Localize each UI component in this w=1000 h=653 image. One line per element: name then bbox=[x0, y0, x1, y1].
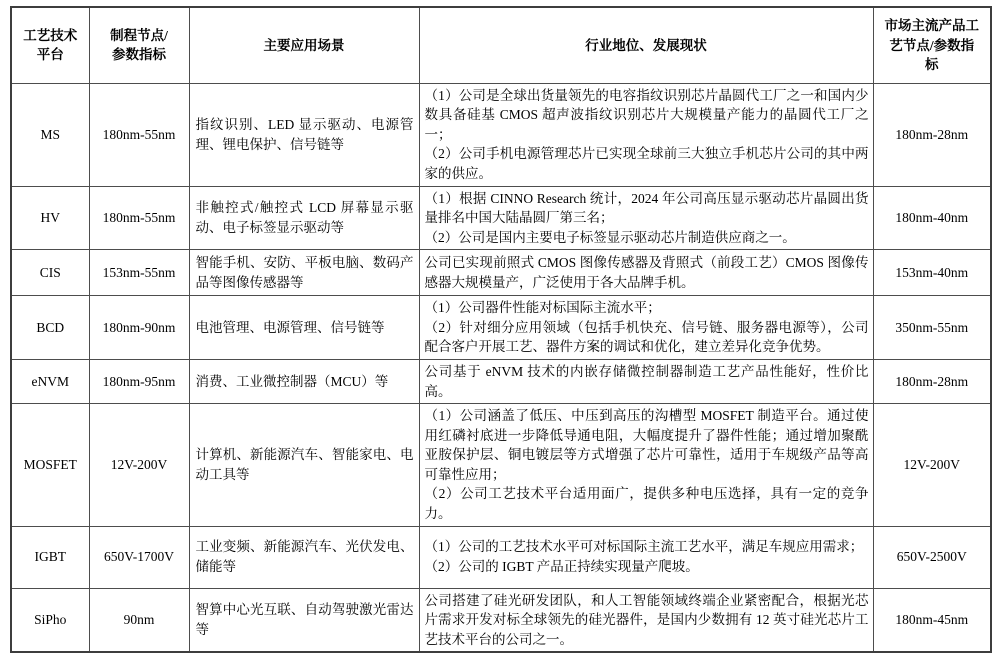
platform-cell: MOSFET bbox=[11, 404, 89, 526]
header-platform: 工艺技术 平台 bbox=[11, 7, 89, 83]
platform-cell: eNVM bbox=[11, 360, 89, 404]
platform-cell: BCD bbox=[11, 296, 89, 360]
node-cell: 12V-200V bbox=[89, 404, 189, 526]
market-node-cell: 180nm-28nm bbox=[873, 83, 991, 186]
header-node: 制程节点/ 参数指标 bbox=[89, 7, 189, 83]
header-applications: 主要应用场景 bbox=[189, 7, 419, 83]
market-node-cell: 180nm-45nm bbox=[873, 588, 991, 652]
applications-cell: 非触控式/触控式 LCD 屏幕显示驱动、电子标签显示驱动等 bbox=[189, 186, 419, 250]
platform-cell: MS bbox=[11, 83, 89, 186]
platform-cell: HV bbox=[11, 186, 89, 250]
market-node-cell: 350nm-55nm bbox=[873, 296, 991, 360]
header-market-node: 市场主流产品工 艺节点/参数指 标 bbox=[873, 7, 991, 83]
market-node-cell: 180nm-40nm bbox=[873, 186, 991, 250]
table-row: HV180nm-55nm非触控式/触控式 LCD 屏幕显示驱动、电子标签显示驱动… bbox=[11, 186, 991, 250]
applications-cell: 工业变频、新能源汽车、光伏发电、储能等 bbox=[189, 526, 419, 588]
status-cell: 公司基于 eNVM 技术的内嵌存储微控制器制造工艺产品性能好，性价比高。 bbox=[419, 360, 873, 404]
status-cell: （1）公司的工艺技术水平可对标国际主流工艺水平，满足车规应用需求； （2）公司的… bbox=[419, 526, 873, 588]
platform-cell: IGBT bbox=[11, 526, 89, 588]
header-row: 工艺技术 平台 制程节点/ 参数指标 主要应用场景 行业地位、发展现状 市场主流… bbox=[11, 7, 991, 83]
status-cell: （1）根据 CINNO Research 统计，2024 年公司高压显示驱动芯片… bbox=[419, 186, 873, 250]
applications-cell: 电池管理、电源管理、信号链等 bbox=[189, 296, 419, 360]
market-node-cell: 650V-2500V bbox=[873, 526, 991, 588]
table-row: SiPho90nm智算中心光互联、自动驾驶激光雷达等公司搭建了硅光研发团队，和人… bbox=[11, 588, 991, 652]
node-cell: 180nm-55nm bbox=[89, 186, 189, 250]
table-row: CIS153nm-55nm智能手机、安防、平板电脑、数码产品等图像传感器等公司已… bbox=[11, 250, 991, 296]
table-row: IGBT650V-1700V工业变频、新能源汽车、光伏发电、储能等（1）公司的工… bbox=[11, 526, 991, 588]
status-cell: （1）公司是全球出货量领先的电容指纹识别芯片晶圆代工厂之一和国内少数具备硅基 C… bbox=[419, 83, 873, 186]
applications-cell: 智能手机、安防、平板电脑、数码产品等图像传感器等 bbox=[189, 250, 419, 296]
applications-cell: 消费、工业微控制器（MCU）等 bbox=[189, 360, 419, 404]
table-body: MS180nm-55nm指纹识别、LED 显示驱动、电源管理、锂电保护、信号链等… bbox=[11, 83, 991, 652]
applications-cell: 指纹识别、LED 显示驱动、电源管理、锂电保护、信号链等 bbox=[189, 83, 419, 186]
status-cell: 公司已实现前照式 CMOS 图像传感器及背照式（前段工艺）CMOS 图像传感器大… bbox=[419, 250, 873, 296]
node-cell: 180nm-90nm bbox=[89, 296, 189, 360]
platform-cell: SiPho bbox=[11, 588, 89, 652]
table-header: 工艺技术 平台 制程节点/ 参数指标 主要应用场景 行业地位、发展现状 市场主流… bbox=[11, 7, 991, 83]
market-node-cell: 153nm-40nm bbox=[873, 250, 991, 296]
table-row: BCD180nm-90nm电池管理、电源管理、信号链等（1）公司器件性能对标国际… bbox=[11, 296, 991, 360]
applications-cell: 计算机、新能源汽车、智能家电、电动工具等 bbox=[189, 404, 419, 526]
market-node-cell: 12V-200V bbox=[873, 404, 991, 526]
node-cell: 153nm-55nm bbox=[89, 250, 189, 296]
header-status: 行业地位、发展现状 bbox=[419, 7, 873, 83]
table-row: MOSFET12V-200V计算机、新能源汽车、智能家电、电动工具等（1）公司涵… bbox=[11, 404, 991, 526]
node-cell: 180nm-95nm bbox=[89, 360, 189, 404]
platform-cell: CIS bbox=[11, 250, 89, 296]
node-cell: 90nm bbox=[89, 588, 189, 652]
process-platform-table: 工艺技术 平台 制程节点/ 参数指标 主要应用场景 行业地位、发展现状 市场主流… bbox=[10, 6, 992, 653]
table-row: MS180nm-55nm指纹识别、LED 显示驱动、电源管理、锂电保护、信号链等… bbox=[11, 83, 991, 186]
market-node-cell: 180nm-28nm bbox=[873, 360, 991, 404]
status-cell: （1）公司涵盖了低压、中压到高压的沟槽型 MOSFET 制造平台。通过使用红磷衬… bbox=[419, 404, 873, 526]
status-cell: 公司搭建了硅光研发团队，和人工智能领域终端企业紧密配合，根据光芯片需求开发对标全… bbox=[419, 588, 873, 652]
table-row: eNVM180nm-95nm消费、工业微控制器（MCU）等公司基于 eNVM 技… bbox=[11, 360, 991, 404]
status-cell: （1）公司器件性能对标国际主流水平； （2）针对细分应用领域（包括手机快充、信号… bbox=[419, 296, 873, 360]
node-cell: 650V-1700V bbox=[89, 526, 189, 588]
node-cell: 180nm-55nm bbox=[89, 83, 189, 186]
applications-cell: 智算中心光互联、自动驾驶激光雷达等 bbox=[189, 588, 419, 652]
